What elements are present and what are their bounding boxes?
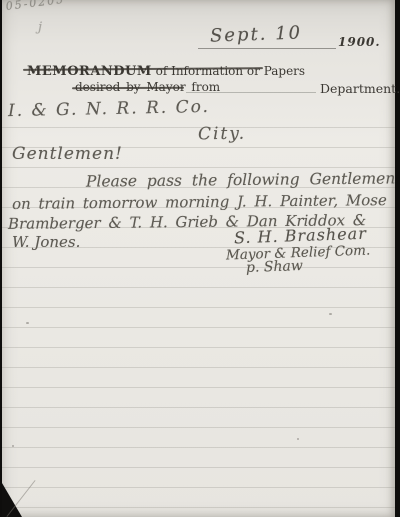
stray-pencil-mark: j (38, 20, 42, 35)
date-rule (198, 48, 336, 49)
scan-speck (26, 322, 29, 324)
handwritten-date: Sept. 10 (210, 22, 303, 46)
scan-speck (297, 438, 299, 440)
salutation: Gentlemen! (12, 144, 123, 164)
body-line1: Please pass the following Gentlemen (86, 169, 395, 190)
memo-rest: of Information or Papers (152, 64, 305, 78)
printed-year: 1900. (338, 35, 381, 49)
paper-sheet: 05-0205 j Sept. 10 1900. MEMORANDUM of I… (2, 0, 395, 517)
city-line: City. (198, 124, 246, 145)
scan-speck (12, 445, 14, 447)
from-blank-rule (186, 92, 316, 93)
archive-number: 05-0205 (5, 0, 66, 13)
scan-speck (329, 313, 332, 315)
scanned-memorandum: 05-0205 j Sept. 10 1900. MEMORANDUM of I… (0, 0, 400, 517)
recipient-line: I. & G. N. R. R. Co. (8, 97, 210, 121)
body-line4: W. Jones. (12, 233, 80, 251)
signature-per: p. Shaw (246, 258, 303, 276)
memo-word: MEMORANDUM (27, 64, 152, 79)
body-line2: on train tomorrow morning J. H. Painter,… (12, 191, 387, 213)
department-label: Department. (320, 81, 400, 96)
